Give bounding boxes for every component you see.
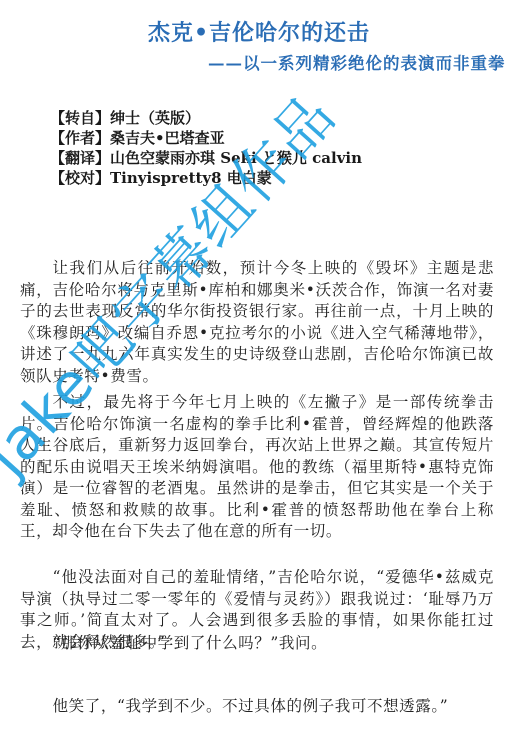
credit-value: 桑吉夫•巴塔查亚 xyxy=(110,129,225,147)
credits-block: 【转自】绅士（英版） 【作者】桑吉夫•巴塔查亚 【翻译】山色空蒙雨亦琪 Seki… xyxy=(50,108,362,188)
paragraph-text: 不过，最先将于今年七月上映的《左撇子》是一部传统拳击片。吉伦哈尔饰演一名虚构的拳… xyxy=(20,392,494,543)
credit-author: 【作者】桑吉夫•巴塔查亚 xyxy=(50,128,362,148)
credit-proofreader: 【校对】Tinyispretty8 电白蒙 xyxy=(50,168,362,188)
credit-label: 【转自】 xyxy=(50,109,110,127)
credit-value: Tinyispretty8 电白蒙 xyxy=(110,169,272,187)
credit-label: 【校对】 xyxy=(50,169,110,187)
body-paragraph-1: 让我们从后往前开始数，预计今冬上映的《毁坏》主题是悲痛，吉伦哈尔将与克里斯•库柏… xyxy=(20,258,494,387)
credit-source: 【转自】绅士（英版） xyxy=(50,108,362,128)
paragraph-text: 让我们从后往前开始数，预计今冬上映的《毁坏》主题是悲痛，吉伦哈尔将与克里斯•库柏… xyxy=(20,258,494,387)
credit-value: 山色空蒙雨亦琪 Seki と猴儿 calvin xyxy=(110,149,362,167)
credit-label: 【翻译】 xyxy=(50,149,110,167)
article-title: 杰克•吉伦哈尔的还击 xyxy=(148,16,370,47)
credit-label: 【作者】 xyxy=(50,129,110,147)
document-page: 杰克•吉伦哈尔的还击 ——以一系列精彩绝伦的表演而非重拳 【转自】绅士（英版） … xyxy=(0,0,530,750)
article-subtitle: ——以一系列精彩绝伦的表演而非重拳 xyxy=(208,50,506,74)
credit-translator: 【翻译】山色空蒙雨亦琪 Seki と猴儿 calvin xyxy=(50,148,362,168)
credit-value: 绅士（英版） xyxy=(110,109,200,127)
body-paragraph-5: 他笑了，“我学到不少。不过具体的例子我可不想透露。” xyxy=(20,696,494,718)
body-paragraph-2: 不过，最先将于今年七月上映的《左撇子》是一部传统拳击片。吉伦哈尔饰演一名虚构的拳… xyxy=(20,392,494,543)
paragraph-text: 他笑了，“我学到不少。不过具体的例子我可不想透露。” xyxy=(20,696,494,718)
body-paragraph-4: “那你从羞耻中学到了什么吗？”我问。 xyxy=(20,633,494,655)
paragraph-text: “那你从羞耻中学到了什么吗？”我问。 xyxy=(20,633,494,655)
